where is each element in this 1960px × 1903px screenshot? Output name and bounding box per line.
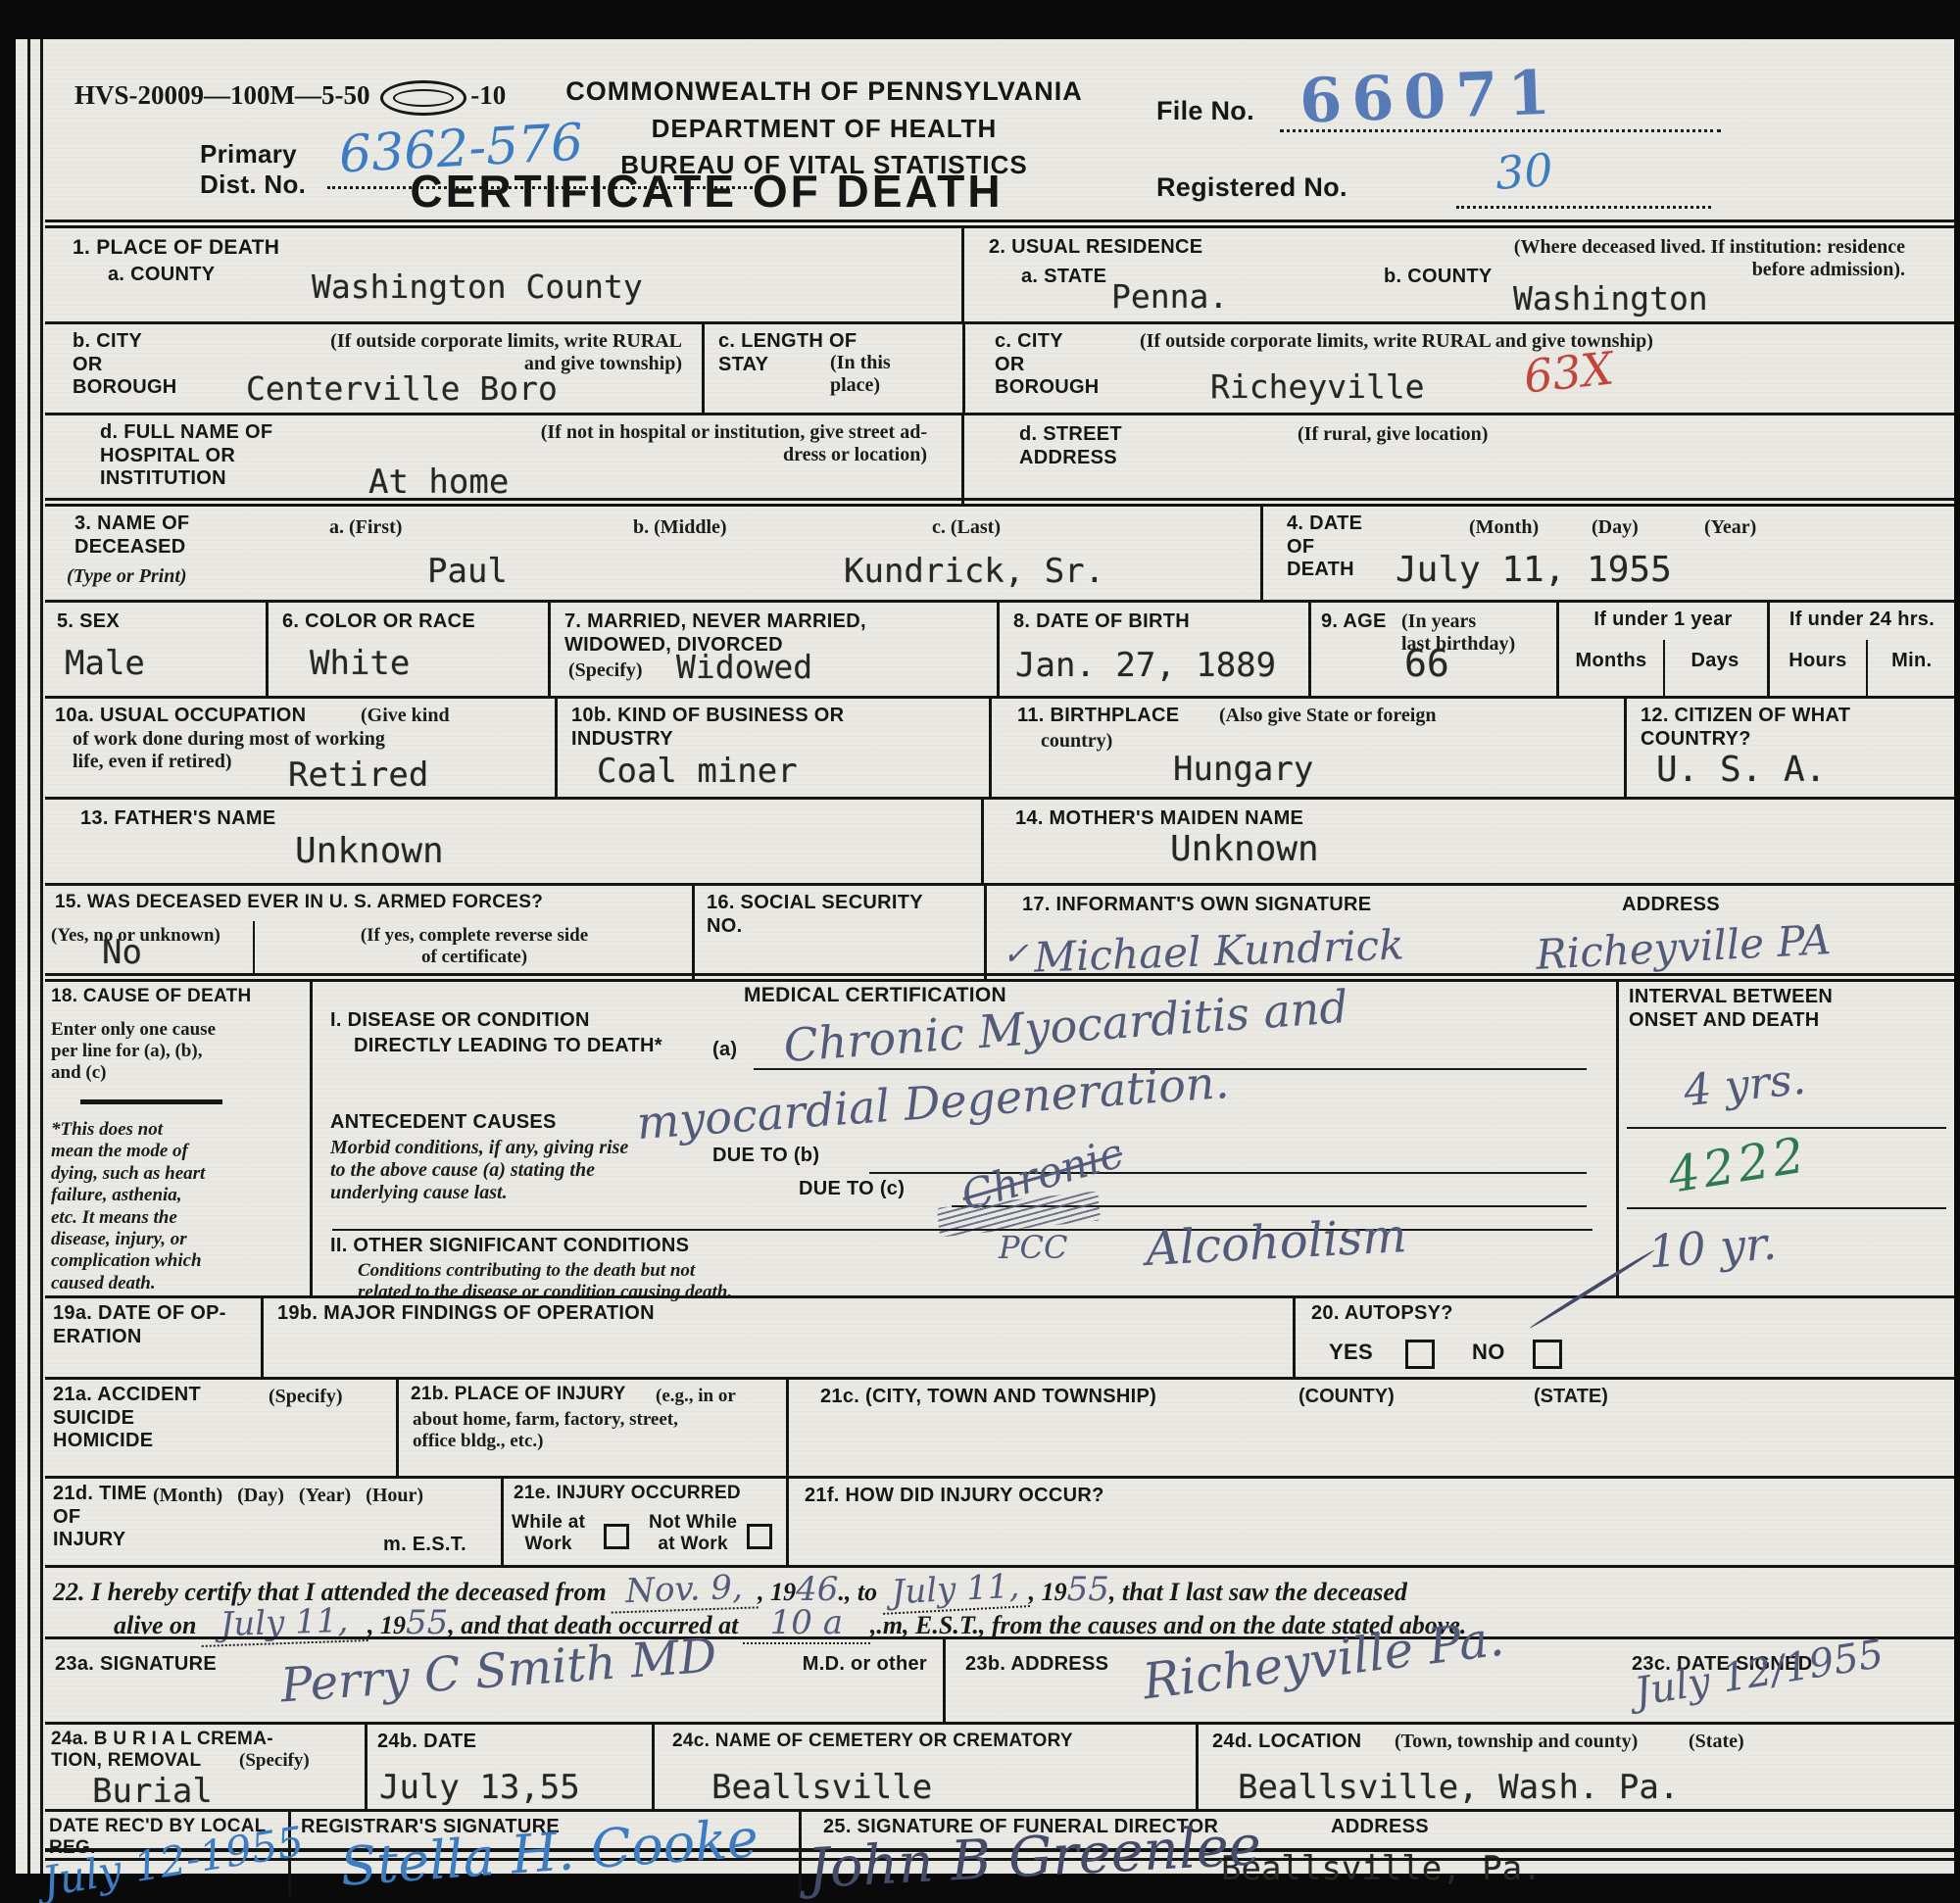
age-label: 9. AGE — [1321, 610, 1387, 634]
cemetery-name-label: 24c. NAME OF CEMETERY OR CREMATORY — [672, 1731, 1073, 1752]
date-of-birth-label: 8. DATE OF BIRTH — [1013, 610, 1190, 634]
informant-checkmark: ✓ — [1003, 935, 1029, 972]
father-name-value: Unknown — [295, 831, 444, 871]
other-significant-conditions-label: II. OTHER SIGNIFICANT CONDITIONS — [330, 1235, 689, 1258]
field-social-security: 16. SOCIAL SECURITY NO. — [695, 886, 987, 979]
min-label: Min. — [1870, 650, 1954, 673]
interval-rule-2 — [1627, 1207, 1946, 1209]
field-hospital-name: d. FULL NAME OF HOSPITAL OR INSTITUTION … — [45, 415, 964, 504]
row-place-residence-1: 1. PLACE OF DEATH a. COUNTY Washington C… — [45, 225, 1954, 321]
field-burial-type: 24a. B U R I A L CREMA- TION, REMOVAL (S… — [45, 1725, 367, 1809]
form-number-text: HVS-20009—100M—5-50 — [74, 80, 369, 110]
year-col-label: (Year) — [1704, 516, 1756, 539]
field-physician-signature: 23a. SIGNATURE Perry C Smith MD M.D. or … — [45, 1639, 946, 1722]
cause-instructions-1: Enter only one cause per line for (a), (… — [51, 1019, 216, 1084]
row-certification-statement: 22. I hereby certify that I attended the… — [45, 1565, 1954, 1636]
days-label: Days — [1663, 650, 1767, 673]
birthplace-hint-1: (Also give State or foreign — [1219, 705, 1436, 727]
certificate-paper: HVS-20009—100M—5-50 -10 Primary Dist. No… — [16, 39, 1954, 1874]
field-usual-occupation: 10a. USUAL OCCUPATION (Give kind of work… — [45, 699, 558, 797]
date-of-birth-value: Jan. 27, 1889 — [1015, 646, 1276, 685]
street-address-label: d. STREET ADDRESS — [1019, 423, 1122, 469]
field-mother-name: 14. MOTHER'S MAIDEN NAME Unknown — [984, 800, 1954, 883]
injury-occurred-label: 21e. INJURY OCCURRED — [514, 1483, 741, 1504]
occupation-hint-1: (Give kind — [361, 705, 450, 727]
hospital-hint: (If not in hospital or institution, give… — [339, 421, 927, 466]
autopsy-yes-checkbox — [1405, 1340, 1435, 1369]
autopsy-yes-label: YES — [1329, 1340, 1373, 1365]
marital-specify-hint: (Specify) — [568, 659, 643, 682]
armed-forces-label: 15. WAS DECEASED EVER IN U. S. ARMED FOR… — [55, 892, 543, 913]
alcoholism-handwriting: Alcoholism — [1145, 1208, 1408, 1277]
field-kind-of-business: 10b. KIND OF BUSINESS OR INDUSTRY Coal m… — [558, 699, 992, 797]
age-value: 66 — [1404, 642, 1449, 685]
father-name-label: 13. FATHER'S NAME — [80, 807, 276, 831]
org-department: DEPARTMENT OF HEALTH — [437, 114, 1211, 144]
disease-condition-label-1: I. DISEASE OR CONDITION — [330, 1009, 590, 1033]
field-time-of-injury: 21d. TIME OF INJURY (Month) (Day) (Year)… — [45, 1479, 504, 1565]
md-or-other-label: M.D. or other — [803, 1653, 927, 1677]
field-birthplace: 11. BIRTHPLACE (Also give State or forei… — [992, 699, 1627, 797]
field-citizen: 12. CITIZEN OF WHAT COUNTRY? U. S. A. — [1627, 699, 1954, 797]
how-injury-occurred-label: 21f. HOW DID INJURY OCCUR? — [805, 1485, 1104, 1508]
date-signed-value: July 12/1955 — [1632, 1632, 1886, 1715]
residence-county-value: Washington — [1513, 279, 1708, 317]
row-operation-autopsy: 19a. DATE OF OP- ERATION 19b. MAJOR FIND… — [45, 1295, 1954, 1377]
name-label: 3. NAME OF DECEASED — [74, 512, 189, 559]
field-name-of-deceased: 3. NAME OF DECEASED (Type or Print) a. (… — [45, 507, 1263, 600]
row-parents: 13. FATHER'S NAME Unknown 14. MOTHER'S M… — [45, 797, 1954, 883]
occupation-value: Retired — [288, 756, 428, 795]
due-to-c-pcc-note: PCC — [999, 1229, 1068, 1266]
physician-signature-label: 23a. SIGNATURE — [55, 1653, 217, 1677]
death-city-label: b. CITY OR BOROUGH — [73, 330, 177, 400]
cemetery-location-value: Beallsville, Wash. Pa. — [1238, 1768, 1679, 1807]
field-length-of-stay: c. LENGTH OF STAY (In this place) — [705, 324, 965, 413]
cert-text-3: ., to — [838, 1578, 877, 1606]
armed-forces-divider — [253, 921, 255, 973]
field-under-24-hrs: If under 24 hrs. Hours Min. — [1770, 603, 1954, 696]
hospital-label: d. FULL NAME OF HOSPITAL OR INSTITUTION — [100, 421, 272, 491]
birthplace-label: 11. BIRTHPLACE — [1017, 705, 1179, 728]
sex-value: Male — [65, 644, 145, 683]
field-age: 9. AGE (In years last birthday) 66 — [1311, 603, 1559, 696]
months-label: Months — [1559, 650, 1663, 673]
field-sex: 5. SEX Male — [45, 603, 269, 696]
cemetery-location-hint: (Town, township and county) — [1395, 1731, 1638, 1753]
field-injury-occurred: 21e. INJURY OCCURRED While at Work Not W… — [504, 1479, 789, 1565]
morbid-conditions-text: Morbid conditions, if any, giving rise t… — [330, 1137, 628, 1204]
autopsy-no-checkbox — [1533, 1340, 1562, 1369]
street-address-hint: (If rural, give location) — [1298, 423, 1488, 446]
org-commonwealth: COMMONWEALTH OF PENNSYLVANIA — [437, 76, 1211, 108]
row-time-of-injury: 21d. TIME OF INJURY (Month) (Day) (Year)… — [45, 1476, 1954, 1565]
field-date-of-death: 4. DATE OF DEATH (Month) (Day) (Year) Ju… — [1263, 507, 1954, 600]
color-race-label: 6. COLOR OR RACE — [282, 610, 475, 634]
field-informant-signature: 17. INFORMANT'S OWN SIGNATURE ADDRESS ✓ … — [987, 886, 1954, 979]
field-accident-suicide: 21a. ACCIDENT SUICIDE HOMICIDE (Specify) — [45, 1380, 399, 1476]
hospital-value: At home — [368, 463, 509, 502]
field-date-of-birth: 8. DATE OF BIRTH Jan. 27, 1889 — [1000, 603, 1311, 696]
physician-address-label: 23b. ADDRESS — [965, 1653, 1108, 1677]
cert-text-4: , 19 — [1029, 1578, 1067, 1606]
field-cemetery-name: 24c. NAME OF CEMETERY OR CREMATORY Beall… — [655, 1725, 1199, 1809]
first-name-label: a. (First) — [329, 516, 402, 539]
cemetery-location-label: 24d. LOCATION — [1212, 1731, 1361, 1754]
date-of-operation-label: 19a. DATE OF OP- ERATION — [53, 1302, 226, 1348]
field-place-of-injury: 21b. PLACE OF INJURY (e.g., in or about … — [399, 1380, 789, 1476]
birthplace-value: Hungary — [1173, 750, 1313, 789]
field-place-of-death: 1. PLACE OF DEATH a. COUNTY Washington C… — [45, 228, 964, 321]
last-name-value: Kundrick, Sr. — [844, 552, 1104, 591]
length-of-stay-hint: (In this place) — [830, 352, 891, 397]
file-no-line — [1280, 98, 1721, 132]
row-occupation-birthplace: 10a. USUAL OCCUPATION (Give kind of work… — [45, 696, 1954, 797]
interval-a-value: 4 yrs. — [1682, 1054, 1808, 1117]
citizen-label: 12. CITIZEN OF WHAT COUNTRY? — [1641, 705, 1850, 751]
primary-dist-label: Primary Dist. No. — [200, 139, 306, 199]
antecedent-causes-label: ANTECEDENT CAUSES — [330, 1111, 557, 1135]
field-usual-residence: 2. USUAL RESIDENCE (Where deceased lived… — [964, 228, 1954, 321]
funeral-director-address-label: ADDRESS — [1331, 1816, 1429, 1839]
autopsy-no-label: NO — [1472, 1340, 1505, 1365]
field-date-of-operation: 19a. DATE OF OP- ERATION — [45, 1298, 264, 1377]
burial-date-label: 24b. DATE — [377, 1731, 476, 1754]
citizen-value: U. S. A. — [1656, 750, 1826, 790]
row-hospital-street: d. FULL NAME OF HOSPITAL OR INSTITUTION … — [45, 413, 1954, 504]
interval-column: INTERVAL BETWEEN ONSET AND DEATH 4 yrs. … — [1619, 982, 1954, 1295]
field-certification-statement: 22. I hereby certify that I attended the… — [45, 1568, 1954, 1636]
certificate-title: CERTIFICATE OF DEATH — [319, 165, 1094, 218]
place-of-injury-label: 21b. PLACE OF INJURY — [411, 1384, 626, 1405]
interval-label: INTERVAL BETWEEN ONSET AND DEATH — [1629, 986, 1833, 1032]
state-value: Penna. — [1111, 277, 1228, 316]
under-24-hrs-label: If under 24 hrs. — [1770, 609, 1954, 632]
burial-type-value: Burial — [92, 1772, 213, 1811]
burial-date-value: July 13,55 — [379, 1768, 580, 1807]
field-major-findings: 19b. MAJOR FINDINGS OF OPERATION — [264, 1298, 1296, 1377]
field-marital-status: 7. MARRIED, NEVER MARRIED, WIDOWED, DIVO… — [551, 603, 1000, 696]
while-at-work-label: While at Work — [512, 1512, 585, 1556]
county-label: a. COUNTY — [108, 264, 215, 287]
cause-instructions-2: *This does not mean the mode of dying, s… — [51, 1119, 205, 1294]
physician-signature-value: Perry C Smith MD — [279, 1629, 718, 1714]
accident-specify-hint: (Specify) — [269, 1386, 343, 1408]
medical-certification-column: MEDICAL CERTIFICATION I. DISEASE OR COND… — [313, 982, 1619, 1295]
row-name-dateofdeath: 3. NAME OF DECEASED (Type or Print) a. (… — [45, 504, 1954, 600]
field-street-address: d. STREET ADDRESS (If rural, give locati… — [964, 415, 1954, 504]
field-color-race: 6. COLOR OR RACE White — [269, 603, 551, 696]
accident-suicide-label: 21a. ACCIDENT SUICIDE HOMICIDE — [53, 1384, 201, 1453]
social-security-label: 16. SOCIAL SECURITY NO. — [707, 892, 923, 938]
date-of-death-value: July 11, 1955 — [1396, 550, 1672, 590]
field-burial-date: 24b. DATE July 13,55 — [367, 1725, 655, 1809]
last-name-label: c. (Last) — [932, 516, 1001, 539]
cert-text-7: , 19 — [367, 1611, 406, 1639]
interval-green-number: 4222 — [1664, 1126, 1812, 1204]
under-24-hrs-divider — [1866, 640, 1868, 696]
row-sex-race-marital: 5. SEX Male 6. COLOR OR RACE White 7. MA… — [45, 600, 1954, 696]
informant-address-value: Richeyville PA — [1535, 915, 1832, 979]
disease-condition-label-2: DIRECTLY LEADING TO DEATH* — [354, 1035, 662, 1058]
est-label: m. E.S.T. — [383, 1534, 466, 1557]
injury-city-label: 21c. (CITY, TOWN AND TOWNSHIP) — [820, 1386, 1156, 1409]
due-to-b-label: DUE TO (b) — [712, 1145, 819, 1168]
middle-name-label: b. (Middle) — [633, 516, 727, 539]
left-column-bar — [80, 1099, 222, 1104]
sex-label: 5. SEX — [57, 610, 120, 634]
autopsy-label: 20. AUTOPSY? — [1311, 1302, 1453, 1326]
state-label: a. STATE — [1021, 266, 1106, 289]
row-armed-forces-informant: 15. WAS DECEASED EVER IN U. S. ARMED FOR… — [45, 883, 1954, 979]
field-physician-address-date: 23b. ADDRESS Richeyville Pa. 23c. DATE S… — [946, 1639, 1954, 1722]
cert-text-6: alive on — [114, 1611, 197, 1639]
field-armed-forces: 15. WAS DECEASED EVER IN U. S. ARMED FOR… — [45, 886, 695, 979]
time-of-injury-cols: (Month) (Day) (Year) (Hour) — [153, 1485, 423, 1507]
informant-label: 17. INFORMANT'S OWN SIGNATURE — [1022, 894, 1371, 917]
residence-city-red-mark: 63X — [1521, 341, 1615, 403]
place-of-injury-hint-2: about home, farm, factory, street, offic… — [413, 1409, 678, 1452]
due-to-c-label: DUE TO (c) — [799, 1178, 905, 1201]
scanned-death-certificate-page: { "header": { "form_no": "HVS-20009—100M… — [0, 0, 1960, 1903]
mother-name-label: 14. MOTHER'S MAIDEN NAME — [1015, 807, 1303, 831]
field-registrar-signature: REGISTRAR'S SIGNATURE Stella H. Cooke — [291, 1812, 802, 1896]
burial-specify-hint: (Specify) — [239, 1750, 310, 1772]
registered-no-line — [1456, 176, 1711, 209]
armed-forces-value: No — [102, 933, 142, 972]
business-value: Coal miner — [597, 752, 798, 791]
month-col-label: (Month) — [1469, 516, 1539, 539]
left-margin-rule — [27, 39, 30, 1874]
field-autopsy: 20. AUTOPSY? YES NO — [1296, 1298, 1954, 1377]
cert-text-2: , 19 — [758, 1578, 796, 1606]
time-of-injury-label: 21d. TIME OF INJURY — [53, 1483, 147, 1552]
mother-name-value: Unknown — [1170, 829, 1319, 869]
county-value: Washington County — [312, 268, 643, 306]
field-date-received: DATE REC'D BY LOCAL REG. July 12-1955 — [45, 1812, 291, 1896]
usual-residence-hint: (Where deceased lived. If institution: r… — [1258, 236, 1905, 281]
residence-city-value: Richeyville — [1210, 367, 1425, 406]
field-cemetery-location: 24d. LOCATION (Town, township and county… — [1199, 1725, 1954, 1809]
certificate-form: 1. PLACE OF DEATH a. COUNTY Washington C… — [45, 225, 1954, 1896]
field-injury-city-county-state: 21c. (CITY, TOWN AND TOWNSHIP) (COUNTY) … — [789, 1380, 1954, 1476]
cause-of-death-label: 18. CAUSE OF DEATH — [51, 986, 252, 1007]
injury-county-label: (COUNTY) — [1298, 1386, 1395, 1408]
line-a-mark: (a) — [712, 1039, 737, 1062]
not-while-at-work-checkbox — [747, 1524, 772, 1549]
row-accident-place-of-injury: 21a. ACCIDENT SUICIDE HOMICIDE (Specify)… — [45, 1377, 1954, 1476]
under-1-year-label: If under 1 year — [1559, 609, 1767, 632]
row-cause-of-death: 18. CAUSE OF DEATH Enter only one cause … — [45, 979, 1954, 1295]
left-margin-rule-2 — [40, 39, 43, 1874]
row-physician-signature: 23a. SIGNATURE Perry C Smith MD M.D. or … — [45, 1636, 1954, 1722]
field-death-city-borough: b. CITY OR BOROUGH (If outside corporate… — [45, 324, 705, 413]
type-or-print-hint: (Type or Print) — [67, 565, 187, 588]
field-under-1-year: If under 1 year Months Days — [1559, 603, 1770, 696]
medical-certification-label: MEDICAL CERTIFICATION — [744, 984, 1006, 1008]
row-city-borough: b. CITY OR BOROUGH (If outside corporate… — [45, 321, 1954, 413]
injury-state-label: (STATE) — [1534, 1386, 1608, 1408]
registered-no-label: Registered No. — [1156, 172, 1347, 204]
field-father-name: 13. FATHER'S NAME Unknown — [45, 800, 984, 883]
row-burial: 24a. B U R I A L CREMA- TION, REMOVAL (S… — [45, 1722, 1954, 1809]
armed-forces-hint-2: (If yes, complete reverse side of certif… — [269, 925, 680, 968]
business-label: 10b. KIND OF BUSINESS OR INDUSTRY — [571, 705, 844, 751]
field-how-injury-occurred: 21f. HOW DID INJURY OCCUR? — [789, 1479, 1954, 1565]
file-no-label: File No. — [1156, 96, 1254, 127]
cert-text-5: , that I last saw the deceased — [1109, 1578, 1407, 1606]
field-residence-city-borough: c. CITY OR BOROUGH (If outside corporate… — [965, 324, 1954, 413]
color-race-value: White — [310, 644, 410, 683]
usual-residence-label: 2. USUAL RESIDENCE — [989, 236, 1202, 260]
place-of-injury-hint-1: (e.g., in or — [656, 1386, 736, 1407]
death-city-value: Centerville Boro — [246, 369, 558, 408]
place-of-death-label: 1. PLACE OF DEATH — [73, 236, 279, 261]
first-name-value: Paul — [427, 552, 508, 591]
major-findings-label: 19b. MAJOR FINDINGS OF OPERATION — [277, 1302, 655, 1326]
residence-county-label: b. COUNTY — [1384, 266, 1492, 289]
cemetery-name-value: Beallsville — [711, 1768, 932, 1807]
date-of-death-label: 4. DATE OF DEATH — [1287, 512, 1362, 582]
not-while-at-work-label: Not While at Work — [649, 1512, 737, 1556]
residence-city-label: c. CITY OR BOROUGH — [995, 330, 1100, 400]
informant-address-label: ADDRESS — [1622, 894, 1720, 917]
while-at-work-checkbox — [604, 1524, 629, 1549]
interval-c-value: 10 yr. — [1646, 1217, 1778, 1279]
day-col-label: (Day) — [1592, 516, 1639, 539]
birthplace-hint-2: country) — [1041, 730, 1112, 753]
cause-of-death-left-column: 18. CAUSE OF DEATH Enter only one cause … — [45, 982, 313, 1295]
marital-value: Widowed — [676, 648, 812, 686]
occupation-label: 10a. USUAL OCCUPATION — [55, 705, 306, 728]
cemetery-location-state-hint: (State) — [1689, 1731, 1744, 1753]
hours-label: Hours — [1770, 650, 1866, 673]
